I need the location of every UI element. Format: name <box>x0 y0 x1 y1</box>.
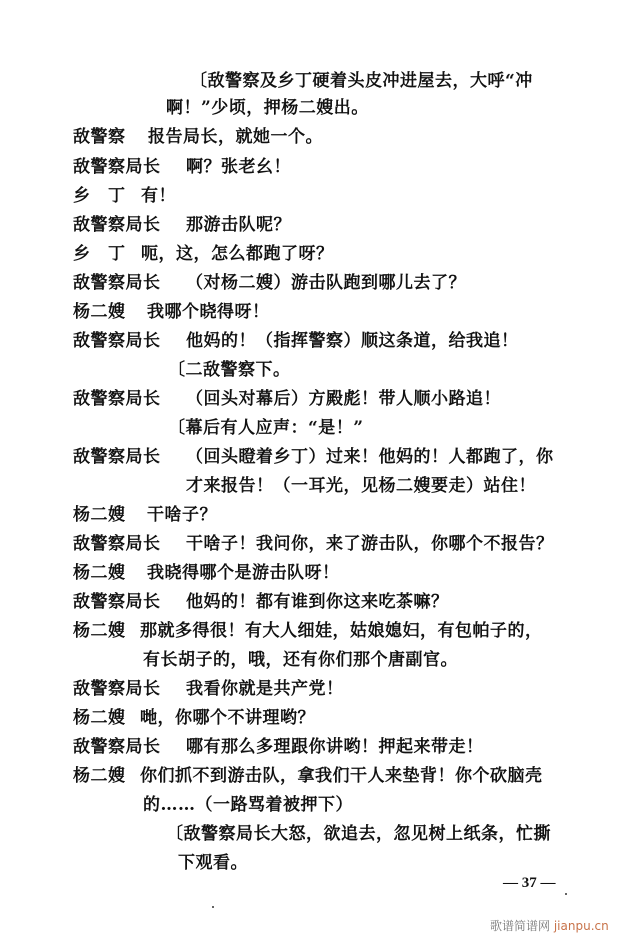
dialogue-text: 我哪个晓得呀！ <box>147 301 270 323</box>
dialogue-text: 有！ <box>141 185 176 207</box>
dialogue-text: 那游击队呢？ <box>186 214 291 236</box>
speaker-name: 敌警察局长 <box>73 446 161 468</box>
speaker-name: 敌警察局长 <box>73 678 161 700</box>
speaker-name: 杨二嫂 <box>73 765 126 787</box>
stage-direction: 〔敌警察及乡丁硬着头皮冲进屋去，大呼“冲 <box>190 70 533 92</box>
watermark-site: jianpu.cn <box>554 919 609 933</box>
continuation-text: 有长胡子的，哦，还有你们那个唐副官。 <box>143 649 458 671</box>
dialogue-text: （对杨二嫂）游击队跑到哪儿去了？ <box>186 272 466 294</box>
speaker-name: 敌警察局长 <box>73 330 161 352</box>
speaker-name: 敌警察局长 <box>73 736 161 758</box>
speaker-name: 敌警察局长 <box>73 388 161 410</box>
speaker-name: 敌警察局长 <box>73 591 161 613</box>
watermark: 歌谱简谱网 jianpu.cn <box>490 917 609 934</box>
stage-direction: 〔敌警察局长大怒，欲追去，忽见树上纸条，忙撕 <box>166 823 551 845</box>
scan-speck <box>565 893 567 895</box>
scan-speck <box>212 906 214 908</box>
dialogue-text: 干啥子？ <box>147 504 217 526</box>
dialogue-text: 那就多得很！有大人细娃，姑娘媳妇，有包帕子的， <box>140 620 543 642</box>
dialogue-text: 他妈的！都有谁到你这来吃茶嘛？ <box>186 591 449 613</box>
dialogue-text: 你们抓不到游击队，拿我们干人来垫背！你个砍脑壳 <box>140 765 543 787</box>
speaker-name: 杨二嫂 <box>73 707 126 729</box>
continuation-text: 下观看。 <box>178 852 248 874</box>
page-number: — 37 — <box>503 875 556 892</box>
stage-direction: 〔二敌警察下。 <box>168 359 291 381</box>
stage-direction: 〔幕后有人应声：“是！” <box>168 417 364 439</box>
dialogue-text: 他妈的！（指挥警察）顺这条道，给我追！ <box>186 330 519 352</box>
speaker-name: 敌警察 <box>73 126 126 148</box>
continuation-text: 的……（一路骂着被押下） <box>143 794 353 816</box>
dialogue-text: 哪有那么多理跟你讲哟！押起来带走！ <box>186 736 484 758</box>
dialogue-text: （回头瞪着乡丁）过来！他妈的！人都跑了，你 <box>186 446 554 468</box>
dialogue-text: 哋，你哪个不讲理哟？ <box>140 707 315 729</box>
dialogue-text: 干啥子！我问你，来了游击队，你哪个不报告？ <box>186 533 554 555</box>
continuation-text: 才来报告！（一耳光，见杨二嫂要走）站住！ <box>186 475 536 497</box>
speaker-name: 乡 丁 <box>73 185 126 207</box>
speaker-name: 敌警察局长 <box>73 533 161 555</box>
speaker-name: 敌警察局长 <box>73 272 161 294</box>
speaker-name: 杨二嫂 <box>73 301 126 323</box>
dialogue-text: 我看你就是共产党！ <box>186 678 344 700</box>
speaker-name: 杨二嫂 <box>73 620 126 642</box>
speaker-name: 杨二嫂 <box>73 504 126 526</box>
dialogue-text: 报告局长，就她一个。 <box>148 126 323 148</box>
dialogue-text: 啊？张老幺！ <box>186 156 291 178</box>
dialogue-text: （回头对幕后）方殿彪！带人顺小路追！ <box>186 388 501 410</box>
dialogue-text: 我晓得哪个是游击队呀！ <box>147 562 340 584</box>
document-page: 〔敌警察及乡丁硬着头皮冲进屋去，大呼“冲啊！”少顷，押杨二嫂出。敌警察报告局长，… <box>0 0 640 946</box>
speaker-name: 敌警察局长 <box>73 214 161 236</box>
stage-direction: 啊！”少顷，押杨二嫂出。 <box>166 97 369 119</box>
speaker-name: 敌警察局长 <box>73 156 161 178</box>
speaker-name: 杨二嫂 <box>73 562 126 584</box>
dialogue-text: 呃，这，怎么都跑了呀？ <box>141 243 334 265</box>
speaker-name: 乡 丁 <box>73 243 126 265</box>
watermark-label: 歌谱简谱网 <box>490 919 550 933</box>
